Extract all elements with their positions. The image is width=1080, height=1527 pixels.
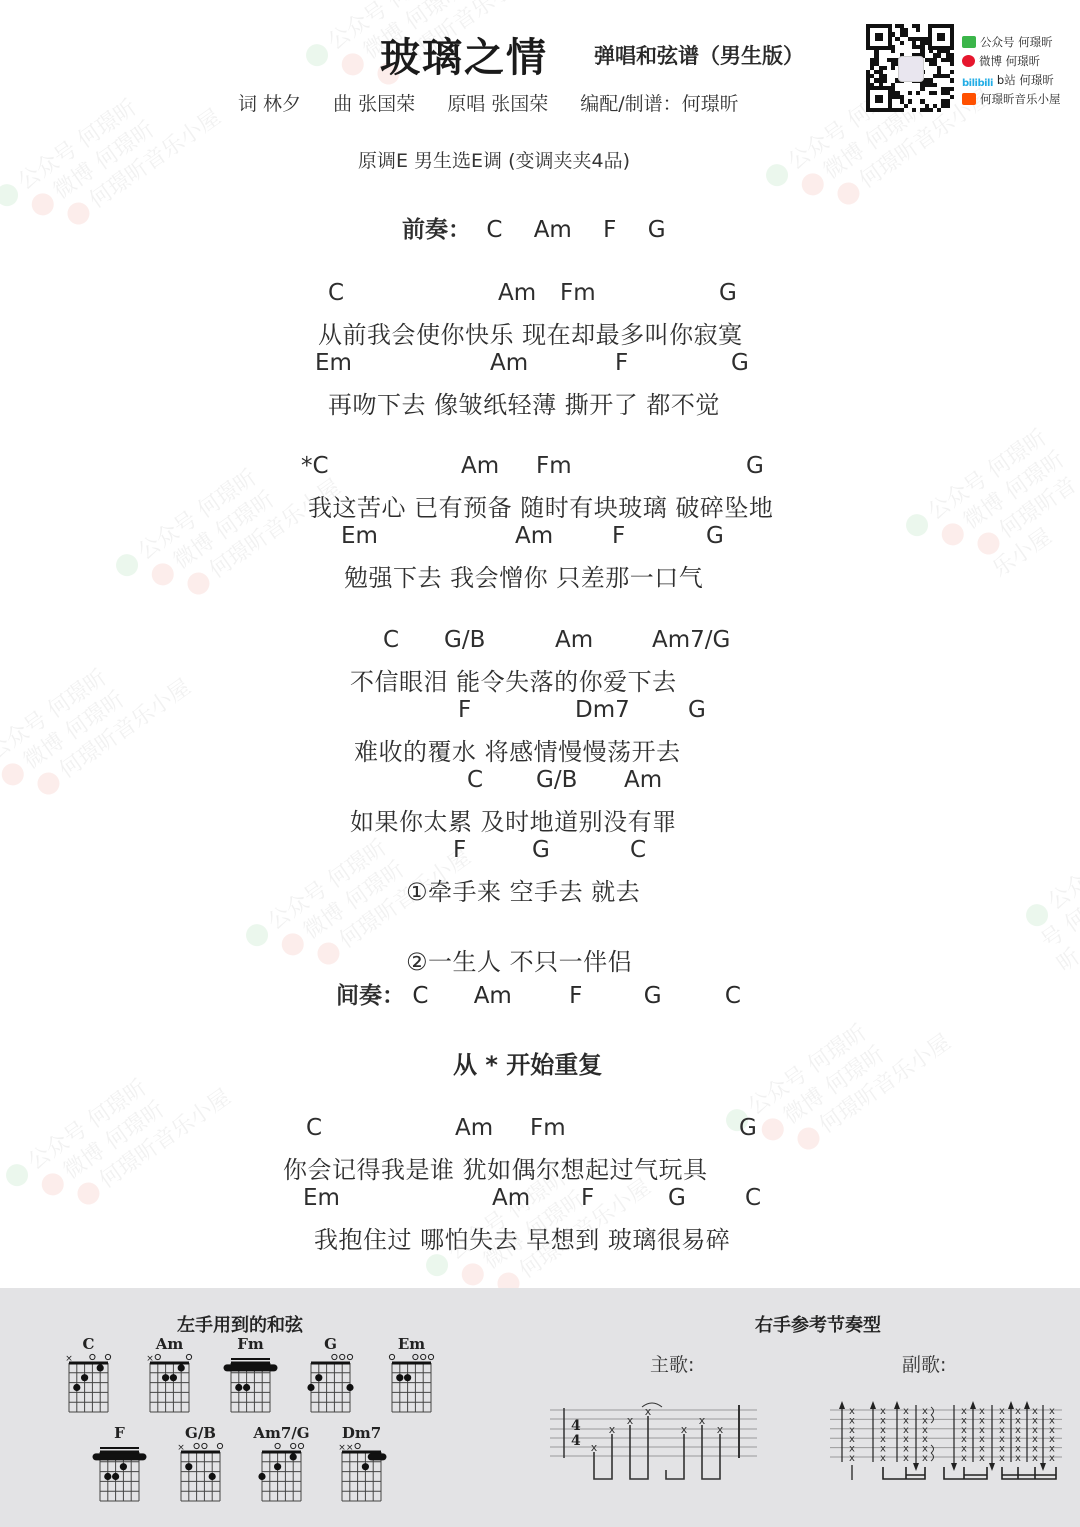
chord-diagram (301, 1351, 360, 1420)
chord: G/B (536, 767, 577, 793)
chord: C (467, 767, 483, 793)
svg-text:x: x (903, 1453, 909, 1464)
chord-diagram (90, 1440, 149, 1509)
weibo-icon (147, 559, 178, 590)
wechat-icon (242, 920, 273, 951)
chord: Am (455, 1115, 493, 1141)
chord: Em (341, 523, 378, 549)
verse-rhythm-tab: 4 4 xx xx xxx (545, 1395, 760, 1485)
chord: G (688, 697, 706, 723)
chord-diagram: ×× (332, 1440, 391, 1509)
chord: Am7/G (652, 627, 730, 653)
chord: Am (492, 1185, 530, 1211)
lyric-line: 你会记得我是谁 犹如偶尔想起过气玩具 (283, 1150, 708, 1185)
weibo-icon (937, 519, 968, 550)
lyric-line: 从前我会使你快乐 现在却最多叫你寂寞 (318, 315, 743, 350)
weibo-icon (962, 55, 975, 67)
social-bilibili[interactable]: bilibilib站 何璟昕 (962, 73, 1054, 89)
chord: F (581, 1185, 594, 1211)
chord: F (569, 983, 582, 1009)
svg-text:×: × (65, 1354, 73, 1364)
svg-text:4: 4 (571, 1418, 581, 1434)
chord-diagram (221, 1351, 280, 1420)
svg-text:×: × (338, 1443, 346, 1453)
lyric-line: 不信眼泪 能令失落的你爱下去 (350, 662, 677, 697)
chord: *C (301, 453, 329, 479)
chord: C (412, 983, 428, 1009)
chord: G (739, 1115, 757, 1141)
lyricist: 词 林夕 (238, 93, 301, 115)
chord: Fm (560, 280, 596, 306)
watermark: 公众号 何璟昕 微博 何璟昕 何璟昕音乐小屋 (720, 983, 957, 1184)
chord-diagram (252, 1440, 311, 1509)
chorus-rhythm-strum: xxxxxxxxxxxxxxxxxxxxxxxxxxxxxxxxxxxxxxxx… (830, 1395, 1062, 1485)
credits-line: 词 林夕 曲 张国荣 原唱 张国荣 编配/制谱：何璟昕 (238, 89, 765, 116)
chorus-rhythm-label: 副歌: (902, 1350, 946, 1377)
lyric-line: 勉强下去 我会憎你 只差那一口气 (344, 558, 703, 593)
qr-finder (866, 86, 892, 112)
intro-line: 前奏： C Am F G (402, 211, 666, 244)
taobao-icon (183, 568, 214, 599)
verse-rhythm-label: 主歌: (650, 1350, 694, 1377)
chord: C (745, 1185, 761, 1211)
social-weibo[interactable]: 微博 何璟昕 (962, 54, 1040, 68)
chord: C (486, 217, 502, 243)
song-subtitle: 弹唱和弦谱（男生版） (594, 40, 804, 70)
chord: G (532, 837, 550, 863)
chord: Dm7 (575, 697, 630, 723)
svg-text:x: x (922, 1453, 928, 1464)
chord: Em (315, 350, 352, 376)
wechat-icon (762, 160, 793, 191)
taobao-icon (833, 178, 864, 209)
qr-finder (866, 24, 892, 50)
taobao-icon (793, 1123, 824, 1154)
interlude-line: 间奏： C Am F G C (336, 977, 741, 1010)
svg-text:×: × (346, 1443, 354, 1453)
svg-text:x: x (1015, 1453, 1021, 1464)
chord: Fm (536, 453, 572, 479)
qr-code[interactable] (866, 24, 954, 112)
bilibili-icon: bilibili (962, 77, 993, 89)
lyric-line: 难收的覆水 将感情慢慢荡开去 (354, 732, 681, 767)
watermark: 公众号 何璟昕 微博 何璟昕 何璟昕音乐小屋 (0, 58, 227, 259)
chord-diagram: × (140, 1351, 199, 1420)
wechat-icon (0, 180, 22, 211)
chord: C (328, 280, 344, 306)
lyric-line: 再吻下去 像皱纸轻薄 撕开了 都不觉 (328, 385, 720, 420)
qr-avatar (898, 56, 924, 82)
wechat-icon (302, 40, 333, 71)
watermark: 公众号 何璟昕 微博 何璟昕 何璟昕音乐小屋 (0, 628, 197, 829)
chord: Am (474, 983, 512, 1009)
chord: C (725, 983, 741, 1009)
chord: Am (498, 280, 536, 306)
chord: Em (303, 1185, 340, 1211)
chord: F (458, 697, 471, 723)
chord: F (612, 523, 625, 549)
svg-text:x: x (979, 1453, 985, 1464)
chord: G (731, 350, 749, 376)
chord: C (630, 837, 646, 863)
wechat-icon (962, 36, 976, 48)
interlude-label: 间奏： (336, 983, 405, 1009)
watermark: 公众号 何璟昕 微博 何璟昕 何璟昕音乐小屋 (900, 417, 1080, 612)
chord: Am (555, 627, 593, 653)
taobao-icon (63, 198, 94, 229)
right-hand-rhythm-title: 右手参考节奏型 (755, 1311, 881, 1337)
chord: F (453, 837, 466, 863)
chord: Am (490, 350, 528, 376)
chord: F (603, 217, 616, 243)
chord-diagram (382, 1351, 441, 1420)
social-taobao[interactable]: 何璟昕音乐小屋 (962, 92, 1061, 106)
left-hand-chords-title: 左手用到的和弦 (177, 1311, 303, 1337)
wechat-icon (2, 1160, 33, 1191)
lyric-line: 我抱住过 哪怕失去 早想到 玻璃很易碎 (314, 1220, 730, 1255)
taobao-icon (313, 938, 344, 969)
weibo-icon (277, 929, 308, 960)
chord: G (746, 453, 764, 479)
chord: F (615, 350, 628, 376)
chord: G (644, 983, 662, 1009)
chord: G (706, 523, 724, 549)
wechat-icon (902, 510, 933, 541)
watermark: 公众号 何璟昕 微博 何璟昕 何璟昕音乐小屋 (0, 1038, 237, 1239)
taobao-icon (33, 768, 64, 799)
svg-text:×: × (177, 1443, 185, 1453)
chord: Fm (530, 1115, 566, 1141)
weibo-icon (457, 1259, 488, 1290)
lyric-line: ①牵手来 空手去 就去 (406, 872, 640, 907)
chord-diagram: × (171, 1440, 230, 1509)
chord: G (648, 217, 666, 243)
weibo-icon (37, 1169, 68, 1200)
song-title: 玻璃之情 (380, 26, 548, 83)
intro-label: 前奏： (402, 217, 471, 243)
chord: C (383, 627, 399, 653)
svg-text:x: x (880, 1453, 886, 1464)
svg-text:4: 4 (571, 1433, 581, 1449)
chord: G (668, 1185, 686, 1211)
chord: Am (461, 453, 499, 479)
weibo-icon (757, 1114, 788, 1145)
chord: Am (515, 523, 553, 549)
svg-text:x: x (1049, 1453, 1055, 1464)
svg-text:x: x (961, 1453, 967, 1464)
taobao-icon (73, 1178, 104, 1209)
weibo-icon (0, 759, 28, 790)
qr-finder (928, 24, 954, 50)
key-info: 原调E 男生选E调 (变调夹夹4品) (358, 146, 630, 173)
wechat-icon (1022, 900, 1053, 931)
chord: G/B (444, 627, 485, 653)
chord: Am (534, 217, 572, 243)
composer: 曲 张国荣 (333, 93, 415, 115)
svg-text:×: × (146, 1354, 154, 1364)
taobao-icon (962, 93, 976, 105)
chord: G (719, 280, 737, 306)
chord: Am (624, 767, 662, 793)
chord-diagram: × (59, 1351, 118, 1420)
svg-text:x: x (1032, 1453, 1038, 1464)
svg-text:x: x (849, 1453, 855, 1464)
svg-text:x: x (999, 1453, 1005, 1464)
watermark: 公众号 何璟昕 微博 何璟昕 何璟昕音乐小屋 (1020, 866, 1080, 1231)
arranger: 编配/制谱：何璟昕 (580, 93, 738, 115)
lyric-line: 我这苦心 已有预备 随时有块玻璃 破碎坠地 (308, 488, 773, 523)
weibo-icon (337, 49, 368, 80)
weibo-icon (27, 189, 58, 220)
lyric-line: 如果你太累 及时地道别没有罪 (350, 802, 677, 837)
social-wechat[interactable]: 公众号 何璟昕 (962, 35, 1053, 49)
wechat-icon (112, 550, 143, 581)
lyric-line: ②一生人 不只一伴侣 (406, 942, 632, 977)
weibo-icon (797, 169, 828, 200)
repeat-instruction: 从 * 开始重复 (453, 1045, 602, 1080)
chord: C (306, 1115, 322, 1141)
taobao-icon (973, 528, 1004, 559)
original-singer: 原唱 张国荣 (447, 93, 548, 115)
